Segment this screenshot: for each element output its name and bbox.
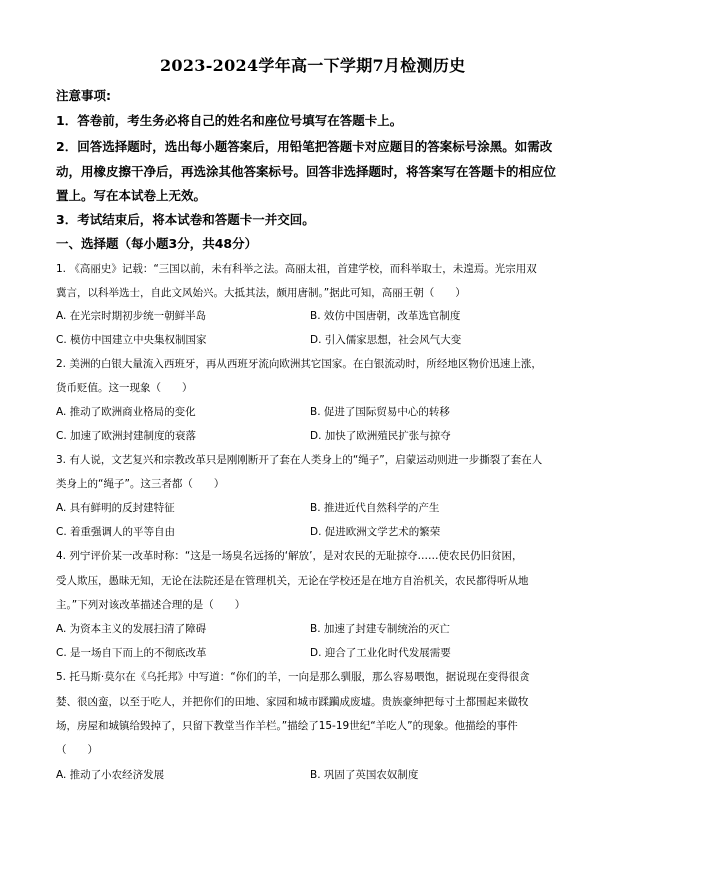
question-5-stem: 5. 托马斯·莫尔在《乌托邦》中写道：“你们的羊，一向是那么驯服，那么容易喂饱，… (56, 669, 530, 684)
question-5-stem: 场，房屋和城镇给毁掉了，只留下教堂当作羊栏。”描绘了15-19世纪“羊吃人”的现… (56, 718, 518, 733)
note-line: 动，用橡皮擦干净后，再选涂其他答案标号。回答非选择题时，将答案写在答题卡的相应位 (56, 162, 556, 180)
question-1-stem: 1. 《高丽史》记载：“三国以前，未有科举之法。高丽太祖，首建学校，而科举取士，… (56, 261, 537, 276)
question-1-stem: 冀言，以科举选士，自此文风始兴。大抵其法，颇用唐制。”据此可知，高丽王朝（ ） (56, 285, 466, 300)
question-5-option-a: A. 推动了小农经济发展 (56, 767, 164, 782)
question-4-stem: 主。”下列对该改革描述合理的是（ ） (56, 597, 245, 612)
question-2-stem: 货币贬值。这一现象（ ） (56, 380, 193, 395)
note-line: 3．考试结束后，将本试卷和答题卡一并交回。 (56, 210, 315, 228)
question-4-option-d: D. 迎合了工业化时代发展需要 (310, 645, 451, 660)
question-4-stem: 受人欺压，愚昧无知，无论在法院还是在管理机关，无论在学校还是在地方自治机关，农民… (56, 573, 529, 588)
question-5-stem: 婪、很凶蛮，以至于吃人，并把你们的田地、家园和城市蹂躏成废墟。贵族豪绅把每寸土都… (56, 694, 529, 709)
question-2-option-c: C. 加速了欧洲封建制度的衰落 (56, 428, 196, 443)
question-2-option-a: A. 推动了欧洲商业格局的变化 (56, 404, 196, 419)
question-4-option-c: C. 是一场自下而上的不彻底改革 (56, 645, 207, 660)
question-3-option-d: D. 促进欧洲文学艺术的繁荣 (310, 524, 440, 539)
question-1-option-c: C. 模仿中国建立中央集权制国家 (56, 332, 207, 347)
note-line: 置上。写在本试卷上无效。 (56, 186, 206, 204)
exam-title: 2023-2024学年高一下学期7月检测历史 (160, 53, 465, 76)
question-3-option-a: A. 具有鲜明的反封建特征 (56, 500, 175, 515)
question-4-stem: 4. 列宁评价某一改革时称：“这是一场臭名远扬的‘解放’，是对农民的无耻掠夺……… (56, 548, 522, 563)
note-line: 2．回答选择题时，选出每小题答案后，用铅笔把答题卡对应题目的答案标号涂黑。如需改 (56, 137, 552, 155)
question-3-stem: 3. 有人说，文艺复兴和宗教改革只是刚刚断开了套在人类身上的“绳子”，启蒙运动则… (56, 452, 542, 467)
question-5-option-b: B. 巩固了英国农奴制度 (310, 767, 418, 782)
question-4-option-a: A. 为资本主义的发展扫清了障碍 (56, 621, 206, 636)
note-line: 1．答卷前，考生务必将自己的姓名和座位号填写在答题卡上。 (56, 111, 402, 129)
question-2-option-d: D. 加快了欧洲殖民扩张与掠夺 (310, 428, 451, 443)
notes-heading: 注意事项: (56, 86, 111, 104)
question-2-option-b: B. 促进了国际贸易中心的转移 (310, 404, 450, 419)
question-3-stem: 类身上的“绳子”。这三者都（ ） (56, 476, 224, 491)
question-1-option-d: D. 引入儒家思想，社会风气大变 (310, 332, 461, 347)
question-3-option-b: B. 推进近代自然科学的产生 (310, 500, 439, 515)
question-4-option-b: B. 加速了封建专制统治的灭亡 (310, 621, 450, 636)
question-3-option-c: C. 着重强调人的平等自由 (56, 524, 175, 539)
question-1-option-a: A. 在光宗时期初步统一朝鲜半岛 (56, 308, 206, 323)
section-heading: 一、选择题（每小题3分，共48分） (56, 234, 257, 252)
question-5-stem: （ ） (56, 742, 98, 757)
question-2-stem: 2. 美洲的白银大量流入西班牙，再从西班牙流向欧洲其它国家。在白银流动时，所经地… (56, 356, 542, 371)
question-1-option-b: B. 效仿中国唐朝，改革选官制度 (310, 308, 460, 323)
